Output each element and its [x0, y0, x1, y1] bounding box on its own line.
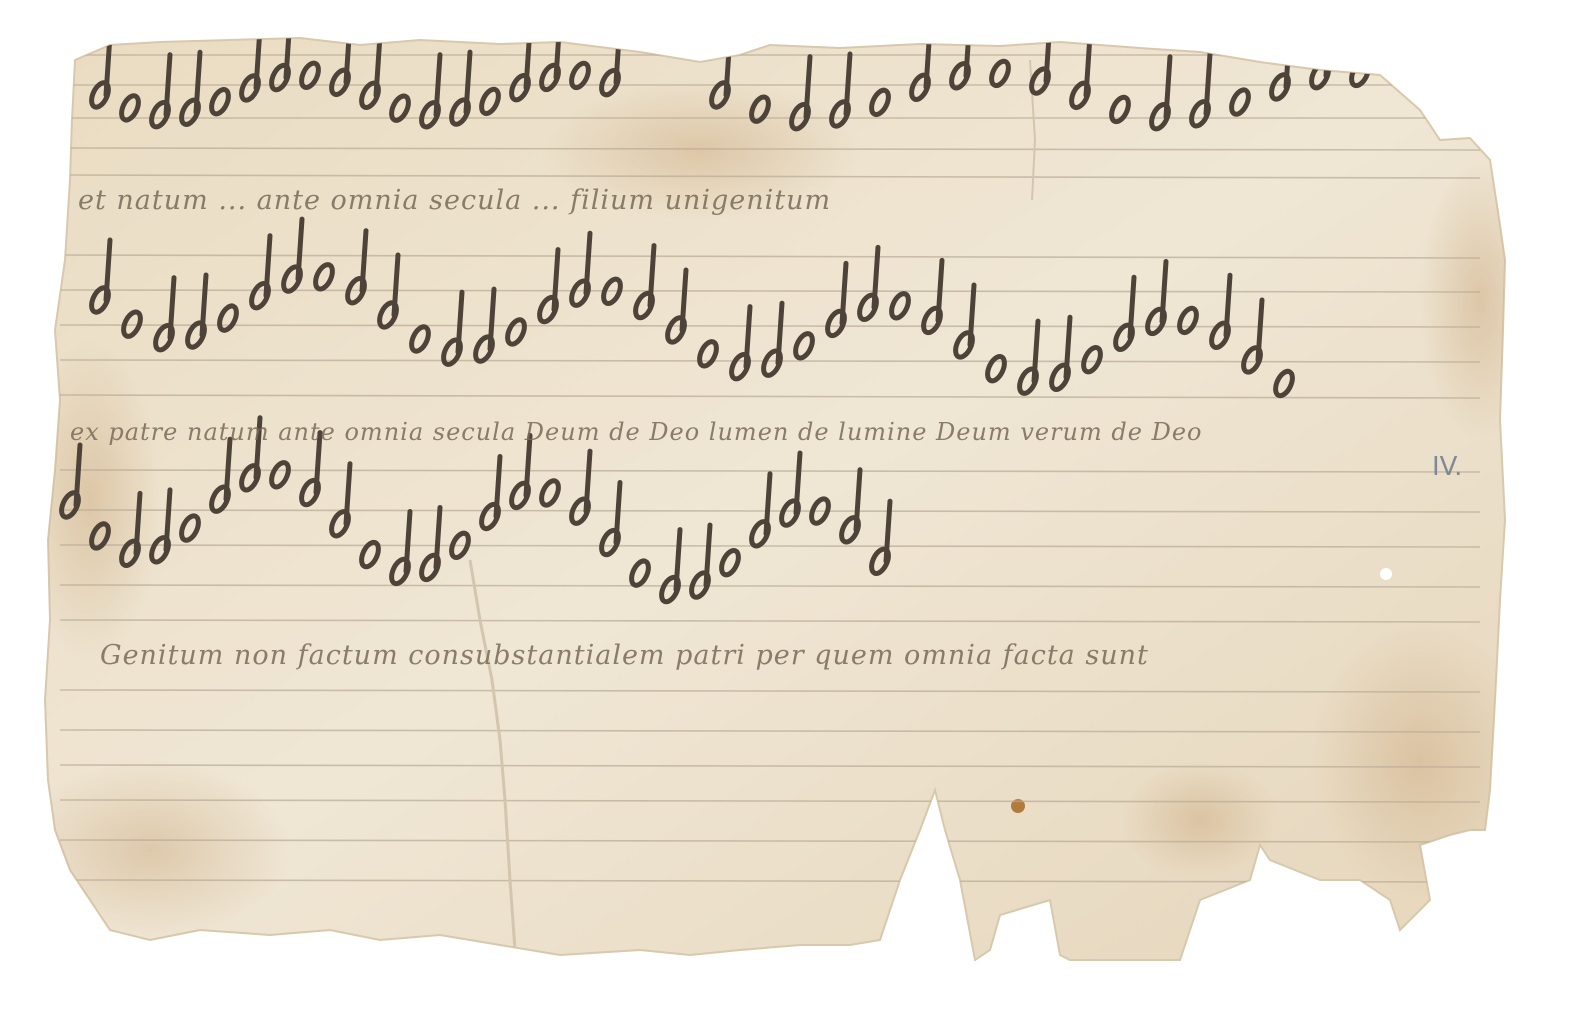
lyric-line-1a: et natum ... ante omnia secula ... filiu… — [78, 185, 831, 216]
folio-number: IV. — [1432, 452, 1462, 482]
lyric-line-2: ex patre natum ante omnia secula Deum de… — [70, 418, 1203, 446]
manuscript-fragment — [0, 0, 1575, 1020]
lyric-line-3: Genitum non factum consubstantialem patr… — [100, 640, 1149, 671]
manuscript-photo: et natum ... ante omnia secula ... filiu… — [0, 0, 1575, 1020]
